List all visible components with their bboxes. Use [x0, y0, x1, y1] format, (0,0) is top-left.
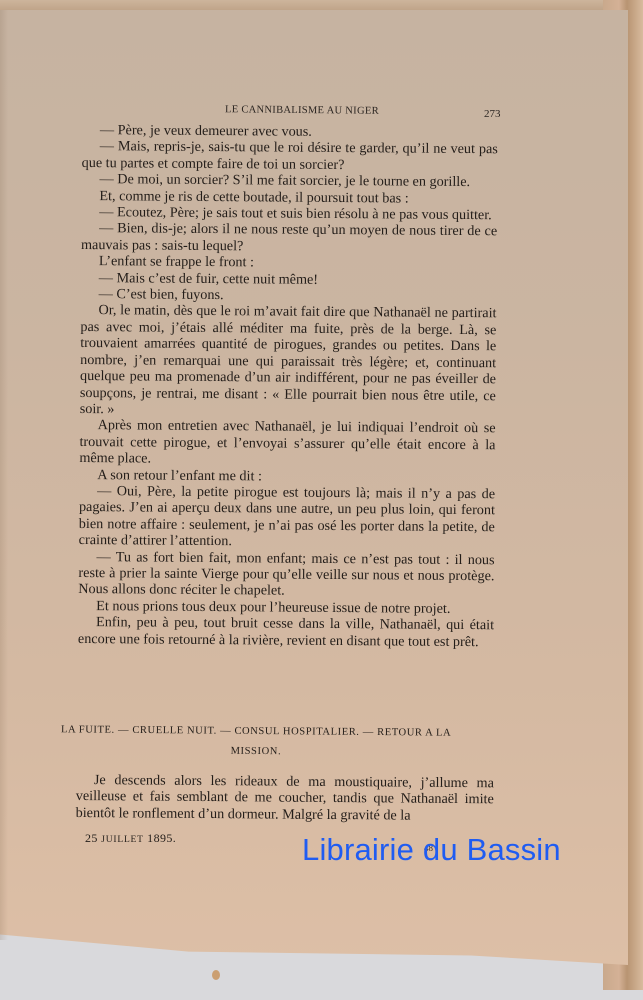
date-month: JUILLET [101, 835, 144, 845]
paragraph: — Oui, Père, la petite pirogue est toujo… [79, 483, 496, 552]
paper-stain [212, 970, 220, 980]
paragraph: Après mon entretien avec Nathanaël, je l… [79, 417, 495, 469]
paragraph: — Tu as fort bien fait, mon enfant; mais… [78, 549, 494, 601]
paragraph: — Mais, repris-je, sais-tu que le roi dé… [82, 138, 498, 174]
chapter-heading: LA FUITE. — CRUELLE NUIT. — CONSUL HOSPI… [36, 720, 476, 764]
watermark: Librairie du Bassin [302, 832, 561, 868]
page-number: 273 [484, 108, 501, 120]
running-title: LE CANNIBALISME AU NIGER [225, 104, 379, 117]
paragraph: Or, le matin, dès que le roi m’avait fai… [80, 302, 497, 420]
date-day: 25 [85, 831, 98, 845]
paragraph: — Bien, dis-je; alors il ne nous reste q… [81, 220, 497, 256]
chapter-body-text: Je descends alors les rideaux de ma mous… [76, 772, 494, 825]
date-year: 1895. [147, 831, 176, 845]
publication-date: 25 JUILLET 1895. [85, 831, 176, 846]
body-text: — Père, je veux demeurer avec vous. — Ma… [78, 122, 498, 650]
paragraph: Je descends alors les rideaux de ma mous… [76, 772, 494, 825]
page-fold-shadow [0, 10, 8, 940]
paragraph: Enfin, peu à peu, tout bruit cesse dans … [78, 614, 494, 650]
